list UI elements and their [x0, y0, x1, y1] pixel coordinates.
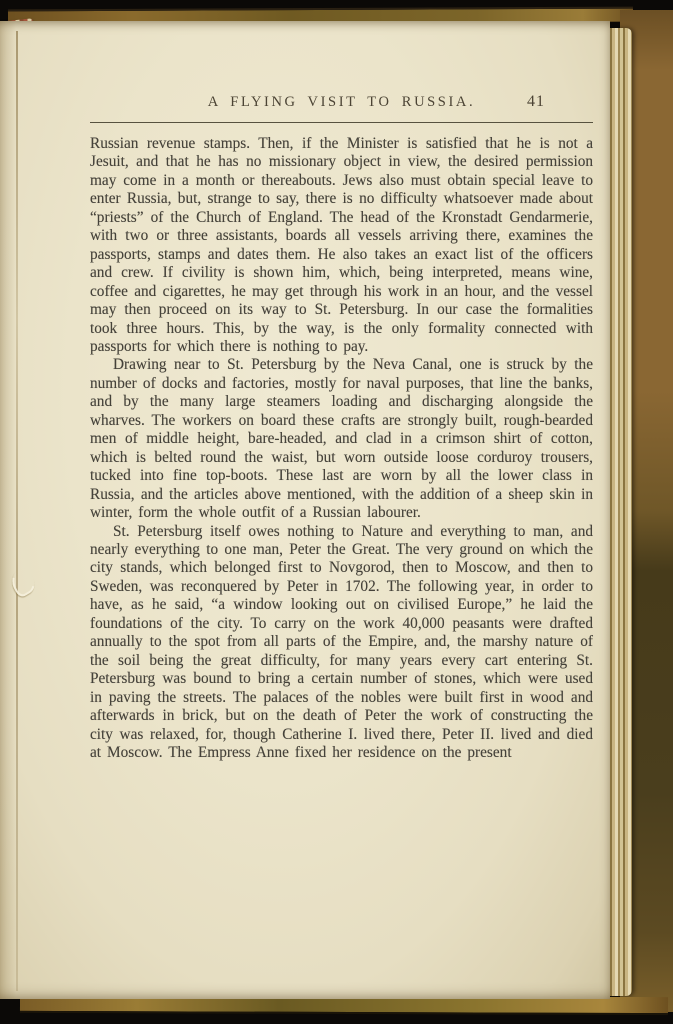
page-title: A FLYING VISIT TO RUSSIA. — [208, 94, 475, 110]
gutter-shadow — [0, 21, 16, 999]
book-photo: A FLYING VISIT TO RUSSIA. 41 Russian rev… — [0, 0, 673, 1024]
print-area: A FLYING VISIT TO RUSSIA. 41 Russian rev… — [90, 93, 593, 762]
page-number: 41 — [527, 93, 545, 111]
page-body-text: Russian revenue stamps. Then, if the Min… — [90, 135, 593, 762]
running-header: A FLYING VISIT TO RUSSIA. 41 — [90, 93, 593, 117]
header-rule — [90, 122, 593, 123]
paragraph: Drawing near to St. Petersburg by the Ne… — [90, 356, 593, 522]
gutter-crease — [16, 31, 18, 991]
paragraph: St. Petersburg itself owes nothing to Na… — [90, 523, 593, 763]
book-page: A FLYING VISIT TO RUSSIA. 41 Russian rev… — [0, 21, 610, 999]
paragraph: Russian revenue stamps. Then, if the Min… — [90, 135, 593, 356]
